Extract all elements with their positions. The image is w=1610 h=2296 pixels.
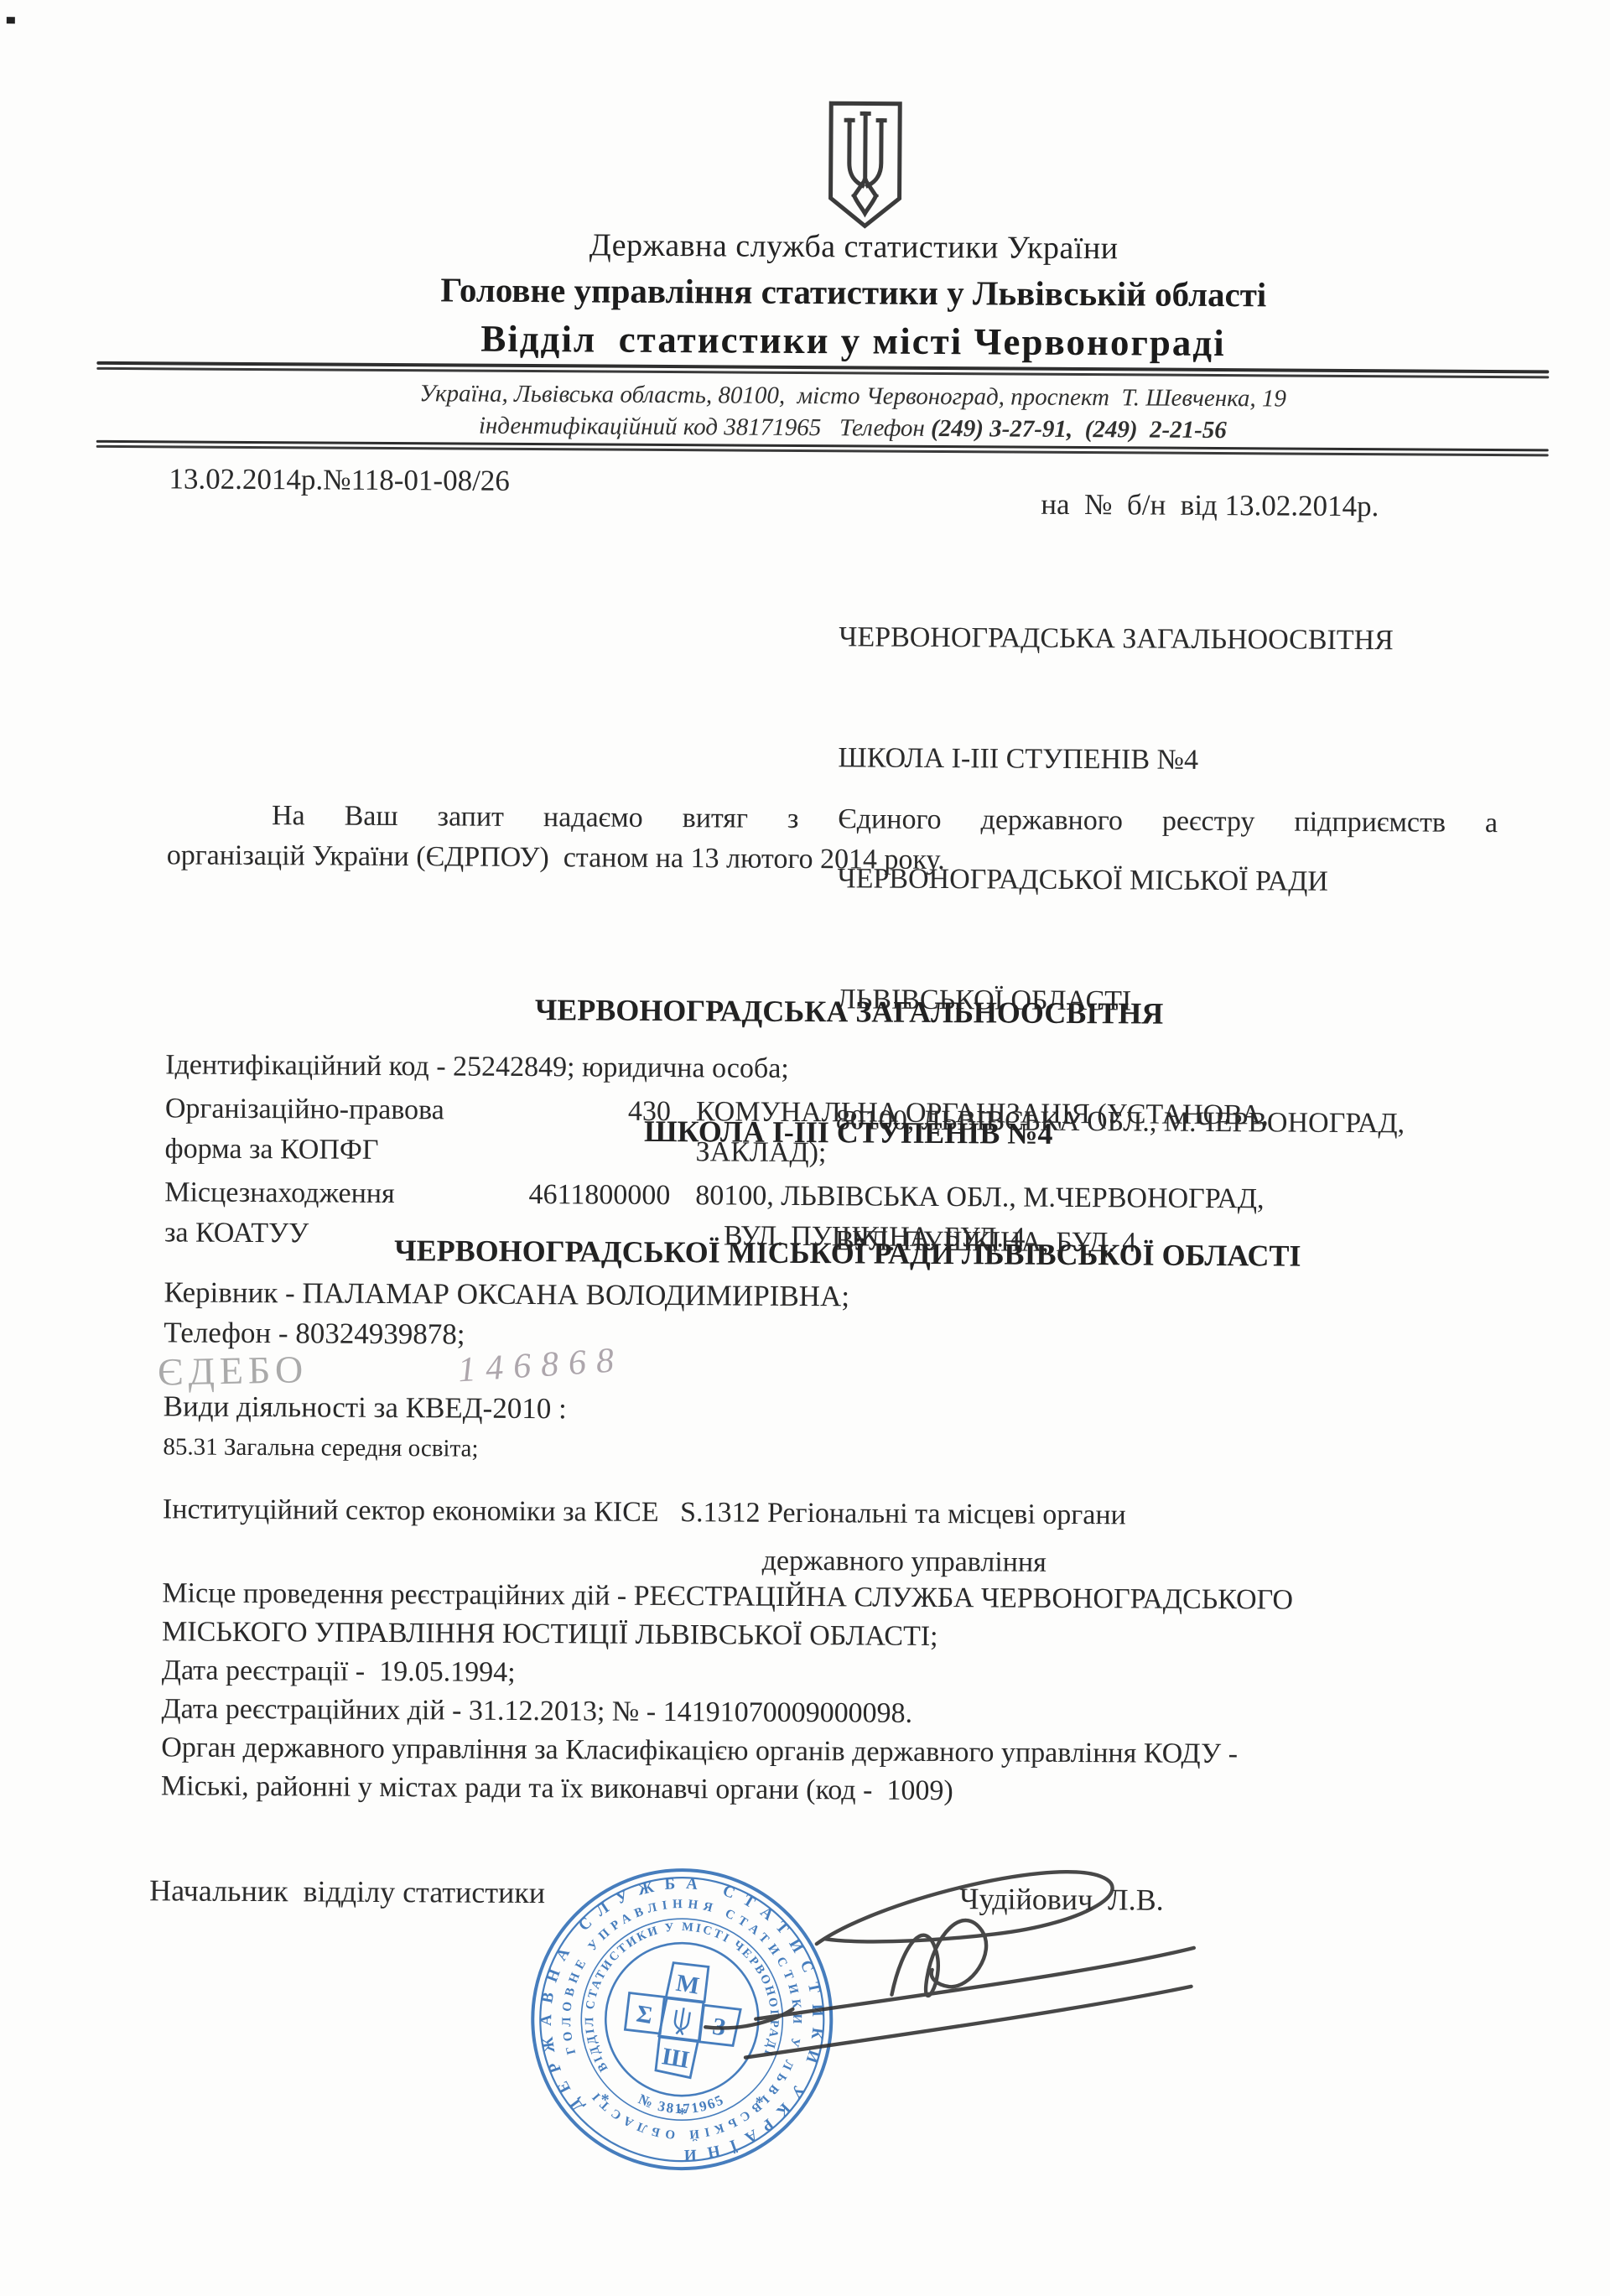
stamp-tile-letter: Ш bbox=[660, 2043, 691, 2074]
letterhead-agency: Державна служба статистики України bbox=[170, 224, 1537, 269]
outgoing-reference: 13.02.2014р.№118-01-08/26 bbox=[169, 462, 510, 497]
legal-form-label2: форма за КОПФГ bbox=[164, 1133, 378, 1166]
incoming-reference: на № б/н від 13.02.2014р. bbox=[1041, 488, 1379, 523]
intro-paragraph-line2: організацій України (ЄДРПОУ) станом на 1… bbox=[167, 839, 945, 876]
scan-artifact-speck bbox=[7, 17, 15, 23]
head-of-entity-line: Керівник - ПАЛАМАР ОКСАНА ВОЛОДИМИРІВНА; bbox=[164, 1275, 849, 1313]
location-koatuu-code: 4611800000 bbox=[479, 1179, 670, 1212]
legal-form-label1: Організаційно-правова bbox=[165, 1093, 444, 1126]
recipient-line: ЧЕРВОНОГРАДСЬКА ЗАГАЛЬНООСВІТНЯ bbox=[839, 617, 1408, 661]
stamp-tile-letter: Σ bbox=[635, 2000, 655, 2029]
authority-line2: Міські, районні у містах ради та їх вико… bbox=[161, 1770, 953, 1807]
legal-form-code: 430 bbox=[480, 1095, 671, 1128]
letterhead-id-code: індентифікаційний код 38171965 Телефон bbox=[479, 413, 931, 442]
handwritten-edebo-note: ЄДЕБО bbox=[157, 1347, 308, 1395]
legal-form-value1: КОМУНАЛЬНА ОРГАНІЗАЦІЯ (УСТАНОВА, bbox=[696, 1096, 1269, 1131]
ukraine-trident-emblem-icon bbox=[824, 99, 906, 234]
registration-place-line1: Місце проведення реєстраційних дій - РЕЄ… bbox=[162, 1577, 1293, 1616]
sector-line2: державного управління bbox=[762, 1545, 1046, 1579]
authority-line1: Орган державного управління за Класифіка… bbox=[161, 1732, 1238, 1770]
location-value2: ВУЛ. ПУШКІНА, БУД. 4 bbox=[724, 1220, 1026, 1254]
letterhead-address: Україна, Львівська область, 80100, місто… bbox=[169, 378, 1536, 414]
scanned-page: Державна служба статистики України Голов… bbox=[0, 0, 1610, 2296]
letterhead-department: Головне управління статистики у Львівськ… bbox=[170, 268, 1537, 316]
stamp-star-separator-icon: * bbox=[601, 2091, 610, 2110]
signatory-position: Начальник відділу статистики bbox=[149, 1873, 545, 1910]
location-label2: за КОАТУУ bbox=[164, 1217, 309, 1249]
phone-line: Телефон - 80324939878; bbox=[164, 1316, 465, 1351]
registration-date-line: Дата реєстрації - 19.05.1994; bbox=[162, 1654, 516, 1689]
kved-title: Види діяльності за КВЕД-2010 : bbox=[164, 1390, 567, 1426]
sector-line1: Інституційний сектор економіки за КІСЕ S… bbox=[163, 1493, 1126, 1531]
location-value1: 80100, ЛЬВІВСЬКА ОБЛ., М.ЧЕРВОНОГРАД, bbox=[695, 1180, 1265, 1215]
location-label1: Місцезнаходження bbox=[164, 1177, 395, 1210]
kved-item: 85.31 Загальна середня освіта; bbox=[163, 1433, 478, 1462]
legal-form-value2: ЗАКЛАД); bbox=[695, 1136, 826, 1169]
stamp-star-separator-icon: * bbox=[678, 2105, 687, 2123]
stamp-mini-trident-icon bbox=[673, 2007, 690, 2035]
handwritten-signature bbox=[692, 1844, 1264, 2116]
identification-code-line: Ідентифікаційний код - 25242849; юридичн… bbox=[165, 1049, 789, 1085]
letterhead-office: Відділ статистики у місті Червонограді bbox=[169, 314, 1536, 366]
registration-place-line2: МІСЬКОГО УПРАВЛІННЯ ЮСТИЦІЇ ЛЬВІВСЬКОЇ О… bbox=[162, 1616, 938, 1653]
intro-paragraph-line1: На Ваш запит надаємо витяг з Єдиного дер… bbox=[272, 800, 1498, 839]
entity-title-line: ЧЕРВОНОГРАДСЬКА ЗАГАЛЬНООСВІТНЯ bbox=[166, 987, 1533, 1036]
recipient-line: ШКОЛА І-ІІІ СТУПЕНІВ №4 bbox=[838, 738, 1407, 782]
letterhead-phone-numbers: (249) 3-27-91, (249) 2-21-56 bbox=[931, 415, 1227, 444]
registration-actions-line: Дата реєстраційних дій - 31.12.2013; № -… bbox=[161, 1693, 912, 1729]
